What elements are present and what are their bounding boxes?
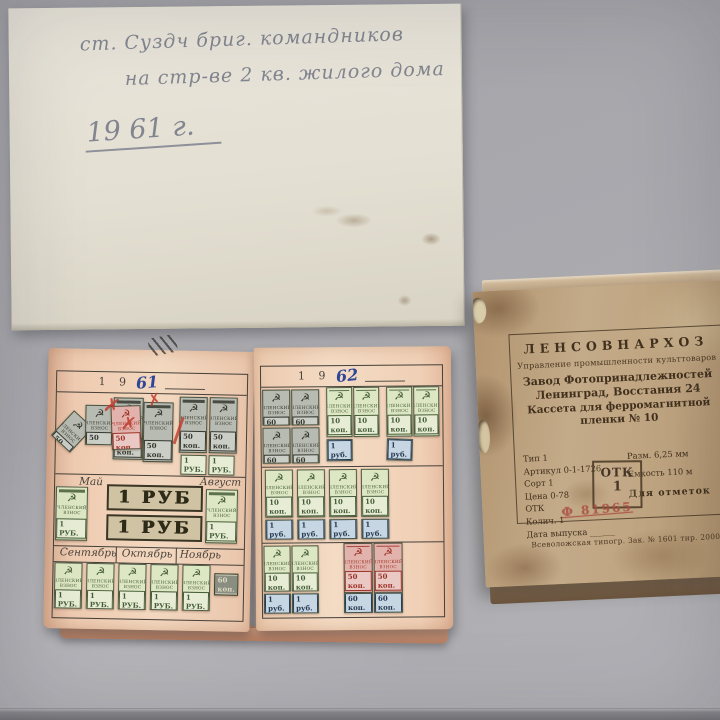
handwriting-block: ст. Суздч бриг. командников на стр-ве 2 … bbox=[79, 22, 447, 150]
stamp-label: ЧЛЕНСКИЙ ВЗНОС bbox=[118, 580, 147, 590]
membership-stamp: ☭ЧЛЕНСКИЙ ВЗНОС1 РУБ. bbox=[86, 563, 115, 610]
month-august-label: Август bbox=[200, 476, 242, 489]
membership-stamp: ☭ЧЛЕНСКИЙ ВЗНОС60 коп. bbox=[262, 428, 290, 464]
envelope: ст. Суздч бриг. командников на стр-ве 2 … bbox=[8, 4, 464, 331]
hammer-sickle-icon: ☭ bbox=[127, 567, 137, 580]
stamp-value: 1 РУБ. bbox=[87, 589, 113, 609]
membership-stamp: ☭ЧЛЕНСКИЙ ВЗНОС10 коп. bbox=[326, 387, 352, 437]
stamp-value: 1 РУБ. bbox=[181, 455, 207, 475]
membership-stamp: ☭ЧЛЕНСКИЙ ВЗНОС1 руб. bbox=[297, 519, 325, 539]
stamp-value: 1 руб. bbox=[387, 439, 412, 460]
membership-stamp: ☭ЧЛЕНСКИЙ ВЗНОС1 руб. bbox=[264, 594, 291, 614]
stamp-value: 1 РУБ. bbox=[209, 455, 235, 475]
stamp-band bbox=[59, 489, 84, 492]
membership-stamp: ☭ЧЛЕНСКИЙ ВЗНОС10 коп. bbox=[263, 546, 290, 592]
stamp-label: ЧЛЕНСКИЙ ВЗНОС bbox=[263, 562, 290, 572]
membership-stamp: ☭ЧЛЕНСКИЙ ВЗНОС10 коп. bbox=[265, 470, 293, 518]
photo-scene: ст. Суздч бриг. командников на стр-ве 2 … bbox=[0, 0, 720, 720]
stamp-band bbox=[213, 400, 235, 403]
stamp-value: 10 коп. bbox=[298, 496, 324, 516]
membership-stamp: ☭ЧЛЕНСКИЙ ВЗНОС10 коп. bbox=[329, 469, 357, 517]
handwriting-line-3: 19 61 г. bbox=[83, 109, 221, 153]
membership-stamp: ☭ЧЛЕНСКИЙ ВЗНОС60 коп. bbox=[374, 593, 403, 613]
stamp-label: ЧЛЕНСКИЙ ВЗНОС bbox=[143, 421, 173, 431]
stamp-value: 1 руб. bbox=[293, 593, 318, 613]
stamp-value: 60 коп. bbox=[293, 454, 319, 464]
stamp-label: ЧЛЕНСКИЙ ВЗНОС bbox=[291, 562, 318, 572]
stamp-value: 1 руб. bbox=[328, 440, 352, 460]
membership-stamp: ☭ЧЛЕНСКИЙ ВЗНОС60 коп. bbox=[214, 573, 238, 595]
stamp-band bbox=[209, 492, 234, 495]
membership-stamp: ☭ЧЛЕНСКИЙ ВЗНОС50 коп. bbox=[209, 397, 238, 454]
hammer-sickle-icon: ☭ bbox=[153, 408, 163, 421]
stamp-label: ЧЛЕНСКИЙ ВЗНОС bbox=[207, 509, 237, 519]
stamp-value: 60 коп. bbox=[263, 416, 289, 426]
hammer-sickle-icon: ☭ bbox=[95, 566, 105, 579]
hammer-sickle-icon: ☭ bbox=[67, 492, 77, 505]
stamp-band bbox=[389, 390, 409, 391]
stamp-value: 50 коп. bbox=[144, 440, 172, 461]
hammer-sickle-icon: ☭ bbox=[370, 472, 380, 485]
membership-stamp: ☭ЧЛЕНСКИЙ ВЗНОС10 коп. bbox=[361, 469, 389, 517]
stamp-label: ЧЛЕНСКИЙ ВЗНОС bbox=[413, 404, 439, 414]
stamp-value: 1 РУБ. bbox=[151, 591, 177, 611]
hammer-sickle-icon: ☭ bbox=[272, 549, 282, 562]
stamp-value: 10 коп. bbox=[414, 414, 438, 434]
membership-stamp: ☭ЧЛЕНСКИЙ ВЗНОС60 коп. bbox=[291, 389, 319, 425]
stamp-label: ЧЛЕНСКИЙ ВЗНОС bbox=[209, 417, 238, 427]
membership-stamp: ☭ЧЛЕНСКИЙ ВЗНОС1 руб. bbox=[386, 438, 413, 461]
membership-stamp: ☭ЧЛЕНСКИЙ ВЗНОС1 РУБ. bbox=[180, 455, 206, 475]
hammer-sickle-icon: ☭ bbox=[63, 565, 73, 578]
membership-stamp: ☭ЧЛЕНСКИЙ ВЗНОС1 руб. bbox=[292, 593, 319, 613]
hammer-sickle-icon: ☭ bbox=[217, 495, 227, 508]
stamp-value: 1 руб. bbox=[330, 519, 356, 539]
hammer-sickle-icon: ☭ bbox=[394, 391, 404, 404]
envelope-bottom-edge bbox=[12, 319, 464, 331]
month-october-label: Октябрь bbox=[122, 547, 173, 560]
membership-stamp: ☭ЧЛЕНСКИЙ ВЗНОС1 РУБ. bbox=[205, 489, 238, 544]
hammer-sickle-icon: ☭ bbox=[353, 547, 363, 560]
hammer-sickle-icon: ☭ bbox=[421, 390, 431, 403]
stamp-value: 10 коп. bbox=[293, 572, 318, 592]
stamp-value: 60 коп. bbox=[292, 416, 318, 426]
hammer-sickle-icon: ☭ bbox=[218, 403, 228, 416]
stamp-label: ЧЛЕНСКИЙ ВЗНОС bbox=[265, 486, 293, 496]
box-label: ЛЕНСОВНАРХОЗ Управление промышленности к… bbox=[508, 325, 720, 525]
stamp-label: ЧЛЕНСКИЙ ВЗНОС bbox=[361, 485, 389, 495]
membership-stamp: ☭ЧЛЕНСКИЙ ВЗНОС1 руб. bbox=[329, 519, 357, 539]
stamp-value: 50 коп. bbox=[180, 430, 206, 451]
stamp-label: ЧЛЕНСКИЙ ВЗНОС bbox=[386, 404, 412, 414]
table-edge bbox=[0, 708, 720, 720]
handwriting-line-2: на стр-ве 2 кв. жилого дома bbox=[125, 58, 446, 90]
stamp-value: 10 коп. bbox=[330, 496, 356, 516]
membership-stamp: ☭ЧЛЕНСКИЙ ВЗНОС50 коп. bbox=[179, 397, 208, 454]
stamp-value: 50 коп. bbox=[345, 571, 372, 591]
hammer-sickle-icon: ☭ bbox=[300, 392, 310, 405]
stamp-value: 10 коп. bbox=[354, 415, 378, 435]
hammer-sickle-icon: ☭ bbox=[159, 567, 169, 580]
right-page-year-row: 1 9 62 bbox=[261, 365, 442, 388]
stamp-value: 1 руб. bbox=[362, 519, 388, 539]
stamp-value: 1 РУБ. bbox=[206, 521, 236, 542]
membership-stamp: ☭ЧЛЕНСКИЙ ВЗНОС1 руб. bbox=[361, 519, 389, 539]
stamp-value: 60 коп. bbox=[264, 454, 290, 464]
stamp-value: 10 коп. bbox=[362, 495, 388, 515]
membership-stamp: ☭ЧЛЕНСКИЙ ВЗНОС1 РУБ. bbox=[118, 563, 147, 610]
hammer-sickle-icon: ☭ bbox=[301, 430, 311, 443]
membership-stamp: ☭ЧЛЕНСКИЙ ВЗНОС50 коп. bbox=[373, 543, 402, 593]
membership-stamp: ☭ЧЛЕНСКИЙ ВЗНОС1 РУБ. bbox=[182, 565, 211, 612]
month-september-label: Сентябрь bbox=[60, 546, 117, 559]
hammer-sickle-icon: ☭ bbox=[383, 547, 393, 560]
stamp-label: ЧЛЕНСКИЙ ВЗНОС bbox=[85, 421, 114, 431]
stamp-label: ЧЛЕНСКИЙ ВЗНОС bbox=[291, 406, 319, 416]
membership-stamp: ☭ЧЛЕНСКИЙ ВЗНОС10 коп. bbox=[413, 386, 439, 436]
hammer-sickle-icon: ☭ bbox=[271, 393, 281, 406]
box-torn-patch bbox=[472, 297, 486, 324]
stamp-value: 60 коп. bbox=[375, 593, 402, 613]
stamp-label: ЧЛЕНСКИЙ ВЗНОС bbox=[262, 406, 290, 416]
stamp-label: ЧЛЕНСКИЙ ВЗНОС bbox=[54, 579, 83, 589]
stamp-label: ЧЛЕНСКИЙ ВЗНОС bbox=[373, 560, 402, 570]
hammer-sickle-icon: ☭ bbox=[338, 472, 348, 485]
stamp-band bbox=[416, 389, 436, 390]
membership-stamp: ☭ЧЛЕНСКИЙ ВЗНОС50 коп. bbox=[343, 543, 372, 593]
otk-stamp-number: 1 bbox=[594, 479, 640, 494]
membership-stamp: ☭ЧЛЕНСКИЙ ВЗНОС10 коп. bbox=[297, 469, 325, 517]
stamp-label: ЧЛЕНСКИЙ ВЗНОС bbox=[86, 579, 115, 589]
hammer-sickle-icon: ☭ bbox=[300, 548, 310, 561]
stamp-value: 1 руб. bbox=[266, 520, 292, 540]
stamp-value: 1 руб. bbox=[265, 594, 290, 614]
column-divider bbox=[176, 548, 177, 564]
large-dues-stamp: 1 РУБ bbox=[106, 514, 202, 542]
stamp-value: 50 коп. bbox=[210, 431, 236, 452]
membership-stamp: ☭ЧЛЕНСКИЙ ВЗНОС10 коп. bbox=[353, 387, 379, 437]
stamp-value: 60 коп. bbox=[345, 593, 372, 613]
stamp-label: ЧЛЕНСКИЙ ВЗНОС bbox=[329, 485, 357, 495]
stamp-value: 1 РУБ. bbox=[183, 591, 209, 611]
membership-stamp: ☭ЧЛЕНСКИЙ ВЗНОС60 коп. bbox=[262, 390, 290, 426]
hammer-sickle-icon: ☭ bbox=[334, 391, 344, 404]
year-printed: 1 9 bbox=[298, 369, 331, 382]
stamp-value: 1 РУБ. bbox=[55, 589, 81, 609]
stamp-band bbox=[377, 546, 400, 547]
stamp-value: 1 РУБ. bbox=[56, 518, 86, 539]
stamp-band bbox=[356, 390, 376, 391]
stamp-label: ЧЛЕНСКИЙ ВЗНОС bbox=[150, 580, 179, 590]
stamp-value: 10 коп. bbox=[265, 572, 290, 592]
year-underline bbox=[165, 388, 205, 390]
hammer-sickle-icon: ☭ bbox=[191, 568, 201, 581]
column-divider bbox=[116, 546, 117, 562]
stamp-value: 1 руб. bbox=[298, 519, 324, 539]
stamp-band bbox=[347, 546, 370, 547]
box-product-line-2: пленки № 10 bbox=[580, 412, 659, 428]
hammer-sickle-icon: ☭ bbox=[306, 472, 316, 485]
cassette-box: ЛЕНСОВНАРХОЗ Управление промышленности к… bbox=[472, 280, 720, 587]
stamp-band bbox=[183, 400, 205, 403]
stamp-label: ЧЛЕНСКИЙ ВЗНОС bbox=[353, 404, 379, 414]
stamp-value: 10 коп. bbox=[266, 496, 292, 516]
hammer-sickle-icon: ☭ bbox=[272, 431, 282, 444]
red-cancel-mark: ✗ bbox=[120, 413, 138, 436]
stamp-label: ЧЛЕНСКИЙ ВЗНОС bbox=[291, 444, 319, 454]
stamp-band bbox=[329, 390, 349, 391]
membership-stamp: ☭ЧЛЕНСКИЙ ВЗНОС10 коп. bbox=[386, 386, 412, 436]
handwriting-line-1: ст. Суздч бриг. командников bbox=[79, 22, 444, 55]
membership-stamp: ☭ЧЛЕНСКИЙ ВЗНОС1 РУБ. bbox=[208, 455, 234, 475]
membership-stamp: ☭ЧЛЕНСКИЙ ВЗНОС50 коп. bbox=[143, 402, 174, 463]
hammer-sickle-icon: ☭ bbox=[189, 403, 199, 416]
large-dues-stamp: 1 РУБ bbox=[107, 484, 203, 512]
month-november-label: Ноябрь bbox=[180, 549, 222, 562]
membership-stamp: ☭ЧЛЕНСКИЙ ВЗНОС1 руб. bbox=[265, 520, 293, 540]
year-underline bbox=[365, 381, 405, 382]
stamp-label: ЧЛЕНСКИЙ ВЗНОС bbox=[182, 581, 211, 591]
stamp-label: ЧЛЕНСКИЙ ВЗНОС bbox=[343, 560, 372, 570]
stamp-label: ЧЛЕНСКИЙ ВЗНОС bbox=[297, 486, 325, 496]
membership-stamp: ☭ЧЛЕНСКИЙ ВЗНОС60 коп. bbox=[344, 593, 373, 613]
booklet-right-page: 1 9 62 ☭ЧЛЕНСКИЙ ВЗНОС60 коп.☭ЧЛЕНСКИЙ В… bbox=[254, 346, 453, 631]
hammer-sickle-icon: ☭ bbox=[274, 473, 284, 486]
hammer-sickle-icon: ☭ bbox=[361, 391, 371, 404]
membership-stamp: ☭ЧЛЕНСКИЙ ВЗНОС1 РУБ. bbox=[54, 562, 83, 609]
membership-stamp: ☭ЧЛЕНСКИЙ ВЗНОС1 РУБ. bbox=[55, 486, 88, 541]
box-front-face: ЛЕНСОВНАРХОЗ Управление промышленности к… bbox=[472, 280, 720, 587]
year-printed: 1 9 bbox=[98, 375, 131, 389]
membership-stamp: ☭ЧЛЕНСКИЙ ВЗНОС1 РУБ. bbox=[150, 564, 179, 611]
stamp-label: ЧЛЕНСКИЙ ВЗНОС bbox=[262, 444, 290, 454]
stamp-label: ЧЛЕНСКИЙ ВЗНОС bbox=[57, 506, 87, 516]
stamp-value: 60 коп. bbox=[214, 574, 238, 595]
otk-stamp-text: ОТК bbox=[594, 465, 640, 479]
stamp-label: ЧЛЕНСКИЙ ВЗНОС bbox=[326, 405, 352, 415]
stamp-value: 10 коп. bbox=[327, 415, 351, 435]
year-handwritten: 62 bbox=[335, 366, 359, 386]
stamp-value: 50 коп. bbox=[86, 431, 112, 445]
stamp-value: 1 РУБ. bbox=[119, 590, 145, 610]
stamp-value: 50 коп. bbox=[375, 570, 402, 590]
pen-scratch-marks bbox=[147, 334, 178, 357]
stamp-value: 10 коп. bbox=[387, 414, 411, 434]
membership-stamp: ☭ЧЛЕНСКИЙ ВЗНОС1 руб. bbox=[327, 439, 353, 461]
box-torn-patch bbox=[476, 419, 491, 454]
booklet-left-page: 1 9 61 Май Август 1 РУБ 1 РУБ Сентябрь О… bbox=[43, 348, 254, 632]
membership-stamp: ☭ЧЛЕНСКИЙ ВЗНОС10 коп. bbox=[291, 545, 318, 591]
membership-stamp: ☭ЧЛЕНСКИЙ ВЗНОС60 коп. bbox=[291, 427, 319, 463]
